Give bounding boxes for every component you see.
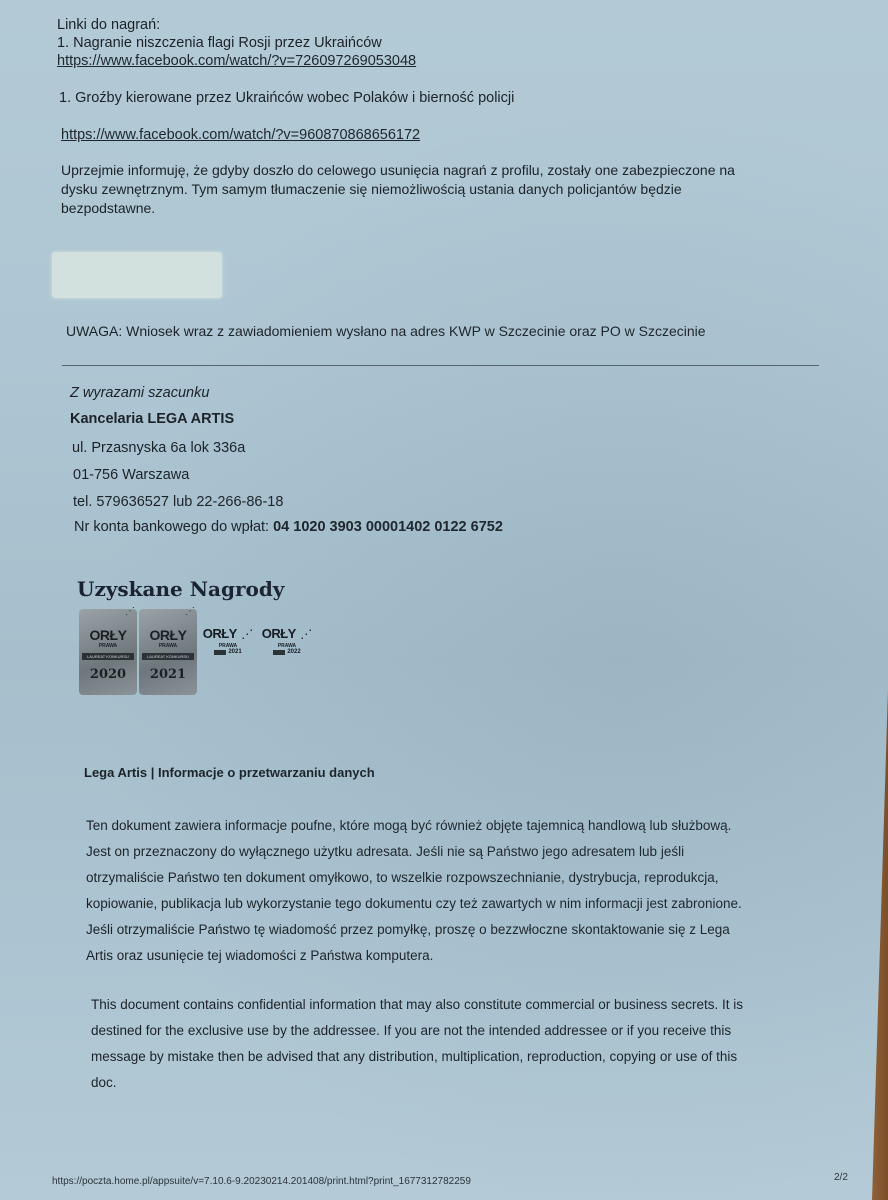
- notice-line: dysku zewnętrznym. Tym samym tłumaczenie…: [61, 180, 735, 199]
- warning-note: UWAGA: Wniosek wraz z zawiadomieniem wys…: [66, 323, 706, 339]
- award-logo-2022: ORŁY ⋰ PRAWA 2022: [261, 625, 313, 655]
- privacy-en-paragraph: This document contains confidential info…: [91, 992, 743, 1096]
- recording-2-title: 1. Groźby kierowane przez Ukraińców wobe…: [59, 90, 514, 106]
- account-number: 04 1020 3903 00001402 0122 6752: [273, 519, 503, 535]
- privacy-line: otrzymaliście Państwo ten dokument omyłk…: [86, 865, 742, 891]
- privacy-line: Jest on przeznaczony do wyłącznego użytk…: [86, 839, 742, 865]
- privacy-line: kopiowanie, publikacja lub wykorzystanie…: [86, 891, 742, 917]
- award-logo-2021: ORŁY ⋰ PRAWA 2021: [202, 625, 254, 655]
- signature-street: ul. Przasnyska 6a lok 336a: [72, 440, 245, 456]
- notice-line: bezpodstawne.: [61, 199, 735, 218]
- wing-icon: ⋰: [241, 627, 253, 641]
- signature-phone: tel. 579636527 lub 22-266-86-18: [73, 494, 283, 510]
- printed-page: Linki do nagrań: 1. Nagranie niszczenia …: [0, 0, 888, 1200]
- privacy-line: message by mistake then be advised that …: [91, 1044, 743, 1070]
- award-badge-2020: ⋰ ORŁY PRAWA LAUREAT KONKURSU 2020: [79, 609, 137, 695]
- privacy-line: doc.: [91, 1070, 743, 1096]
- redaction-correction-tape: [52, 252, 222, 298]
- links-heading: Linki do nagrań:: [57, 17, 160, 33]
- signature-firm: Kancelaria LEGA ARTIS: [70, 411, 234, 427]
- recording-1-title: 1. Nagranie niszczenia flagi Rosji przez…: [57, 35, 382, 51]
- recording-1-link[interactable]: https://www.facebook.com/watch/?v=726097…: [57, 53, 416, 69]
- badge-bar: [273, 650, 285, 655]
- page-number: 2/2: [834, 1172, 848, 1183]
- account-label: Nr konta bankowego do wpłat:: [74, 519, 273, 535]
- awards-title: Uzyskane Nagrody: [77, 577, 284, 601]
- privacy-line: destined for the exclusive use by the ad…: [91, 1018, 743, 1044]
- badge-bar: [214, 650, 226, 655]
- privacy-line: Artis oraz usunięcie tej wiadomości z Pa…: [86, 943, 742, 969]
- wing-icon: ⋰: [125, 606, 135, 617]
- privacy-line: Ten dokument zawiera informacje poufne, …: [86, 813, 742, 839]
- divider: [62, 365, 819, 366]
- signature-account: Nr konta bankowego do wpłat: 04 1020 390…: [74, 519, 503, 535]
- award-badge-2021: ⋰ ORŁY PRAWA LAUREAT KONKURSU 2021: [139, 609, 197, 695]
- signature-closing: Z wyrazami szacunku: [70, 385, 209, 401]
- wing-icon: ⋰: [300, 627, 312, 641]
- notice-paragraph: Uprzejmie informuję, że gdyby doszło do …: [61, 161, 735, 218]
- privacy-line: This document contains confidential info…: [91, 992, 743, 1018]
- print-url: https://poczta.home.pl/appsuite/v=7.10.6…: [52, 1176, 471, 1187]
- privacy-line: Jeśli otrzymaliście Państwo tę wiadomość…: [86, 917, 742, 943]
- privacy-heading: Lega Artis | Informacje o przetwarzaniu …: [84, 765, 375, 780]
- privacy-pl-paragraph: Ten dokument zawiera informacje poufne, …: [86, 813, 742, 969]
- recording-2-link[interactable]: https://www.facebook.com/watch/?v=960870…: [61, 127, 420, 143]
- notice-line: Uprzejmie informuję, że gdyby doszło do …: [61, 161, 735, 180]
- signature-city: 01-756 Warszawa: [73, 467, 189, 483]
- wing-icon: ⋰: [185, 606, 195, 617]
